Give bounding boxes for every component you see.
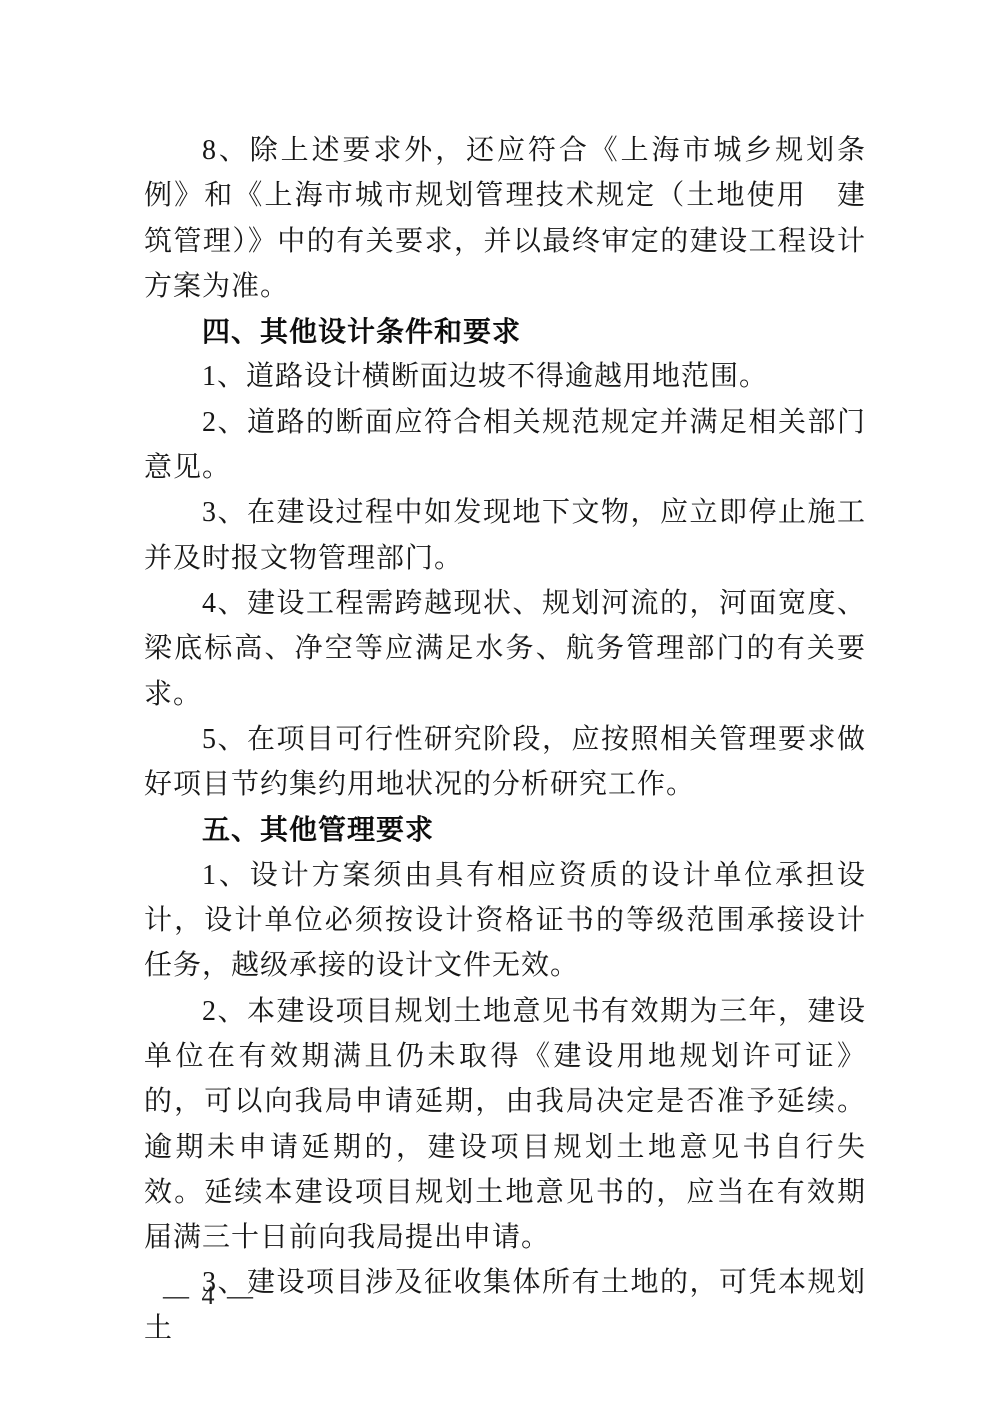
section-heading: 四、其他设计条件和要求 [144, 309, 866, 354]
paragraph: 1、道路设计横断面边坡不得逾越用地范围。 [144, 354, 866, 399]
paragraph: 2、本建设项目规划土地意见书有效期为三年，建设单位在有效期满且仍未取得《建设用地… [144, 989, 866, 1261]
page-number: — 4 — [163, 1281, 256, 1311]
document-body: 8、除上述要求外，还应符合《上海市城乡规划条例》和《上海市城市规划管理技术规定（… [144, 128, 866, 1351]
paragraph: 2、道路的断面应符合相关规范规定并满足相关部门意见。 [144, 400, 866, 491]
paragraph: 1、设计方案须由具有相应资质的设计单位承担设计，设计单位必须按设计资格证书的等级… [144, 853, 866, 989]
paragraph: 5、在项目可行性研究阶段，应按照相关管理要求做好项目节约集约用地状况的分析研究工… [144, 717, 866, 808]
section-heading: 五、其他管理要求 [144, 807, 866, 852]
paragraph: 4、建设工程需跨越现状、规划河流的，河面宽度、梁底标高、净空等应满足水务、航务管… [144, 581, 866, 717]
paragraph: 8、除上述要求外，还应符合《上海市城乡规划条例》和《上海市城市规划管理技术规定（… [144, 128, 866, 309]
paragraph: 3、在建设过程中如发现地下文物，应立即停止施工并及时报文物管理部门。 [144, 490, 866, 581]
document-page: 8、除上述要求外，还应符合《上海市城乡规划条例》和《上海市城市规划管理技术规定（… [0, 0, 992, 1403]
